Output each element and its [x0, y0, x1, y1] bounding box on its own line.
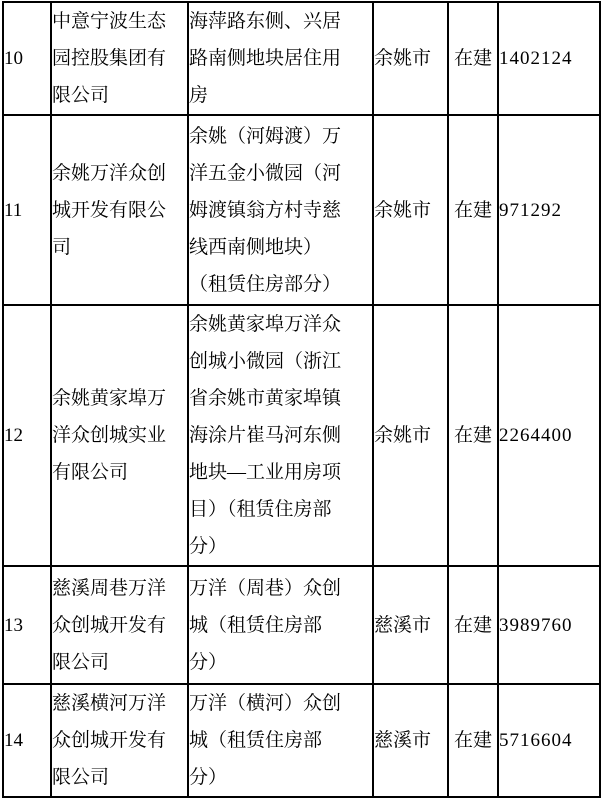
projects-table: 10 中意宁波生态 园控股集团有 限公司 海萍路东侧、兴居 路南侧地块居住用 房…: [2, 1, 601, 798]
company-name-cell: 余姚万洋众创 城开发有限公 司: [51, 115, 188, 305]
company-name-cell: 余姚黄家埠万 洋众创城实业 有限公司: [51, 305, 188, 566]
table-row: 11 余姚万洋众创 城开发有限公 司 余姚（河姆渡）万 洋五金小微园（河 姆渡镇…: [3, 115, 600, 305]
city-cell: 余姚市: [373, 2, 448, 115]
amount-cell: 1402124: [498, 2, 600, 115]
amount-cell: 5716604: [498, 684, 600, 797]
company-name-cell: 慈溪周巷万洋 众创城开发有 限公司: [51, 566, 188, 684]
table-row: 10 中意宁波生态 园控股集团有 限公司 海萍路东侧、兴居 路南侧地块居住用 房…: [3, 2, 600, 115]
status-cell: 在建: [448, 305, 498, 566]
status-cell: 在建: [448, 2, 498, 115]
table-row: 12 余姚黄家埠万 洋众创城实业 有限公司 余姚黄家埠万洋众 创城小微园（浙江 …: [3, 305, 600, 566]
amount-cell: 3989760: [498, 566, 600, 684]
row-number-cell: 13: [3, 566, 51, 684]
amount-cell: 2264400: [498, 305, 600, 566]
city-cell: 余姚市: [373, 305, 448, 566]
row-number-cell: 12: [3, 305, 51, 566]
project-name-cell: 万洋（周巷）众创 城（租赁住房部 分）: [188, 566, 373, 684]
table-row: 13 慈溪周巷万洋 众创城开发有 限公司 万洋（周巷）众创 城（租赁住房部 分）…: [3, 566, 600, 684]
row-number-cell: 10: [3, 2, 51, 115]
row-number-cell: 14: [3, 684, 51, 797]
project-name-cell: 余姚黄家埠万洋众 创城小微园（浙江 省余姚市黄家埠镇 海涂片崔马河东侧 地块—工…: [188, 305, 373, 566]
table-row: 14 慈溪横河万洋 众创城开发有 限公司 万洋（横河）众创 城（租赁住房部 分）…: [3, 684, 600, 797]
amount-cell: 971292: [498, 115, 600, 305]
status-cell: 在建: [448, 566, 498, 684]
project-name-cell: 海萍路东侧、兴居 路南侧地块居住用 房: [188, 2, 373, 115]
city-cell: 慈溪市: [373, 684, 448, 797]
company-name-cell: 慈溪横河万洋 众创城开发有 限公司: [51, 684, 188, 797]
city-cell: 余姚市: [373, 115, 448, 305]
status-cell: 在建: [448, 115, 498, 305]
status-cell: 在建: [448, 684, 498, 797]
project-name-cell: 万洋（横河）众创 城（租赁住房部 分）: [188, 684, 373, 797]
company-name-cell: 中意宁波生态 园控股集团有 限公司: [51, 2, 188, 115]
city-cell: 慈溪市: [373, 566, 448, 684]
row-number-cell: 11: [3, 115, 51, 305]
project-name-cell: 余姚（河姆渡）万 洋五金小微园（河 姆渡镇翁方村寺慈 线西南侧地块） （租赁住房…: [188, 115, 373, 305]
